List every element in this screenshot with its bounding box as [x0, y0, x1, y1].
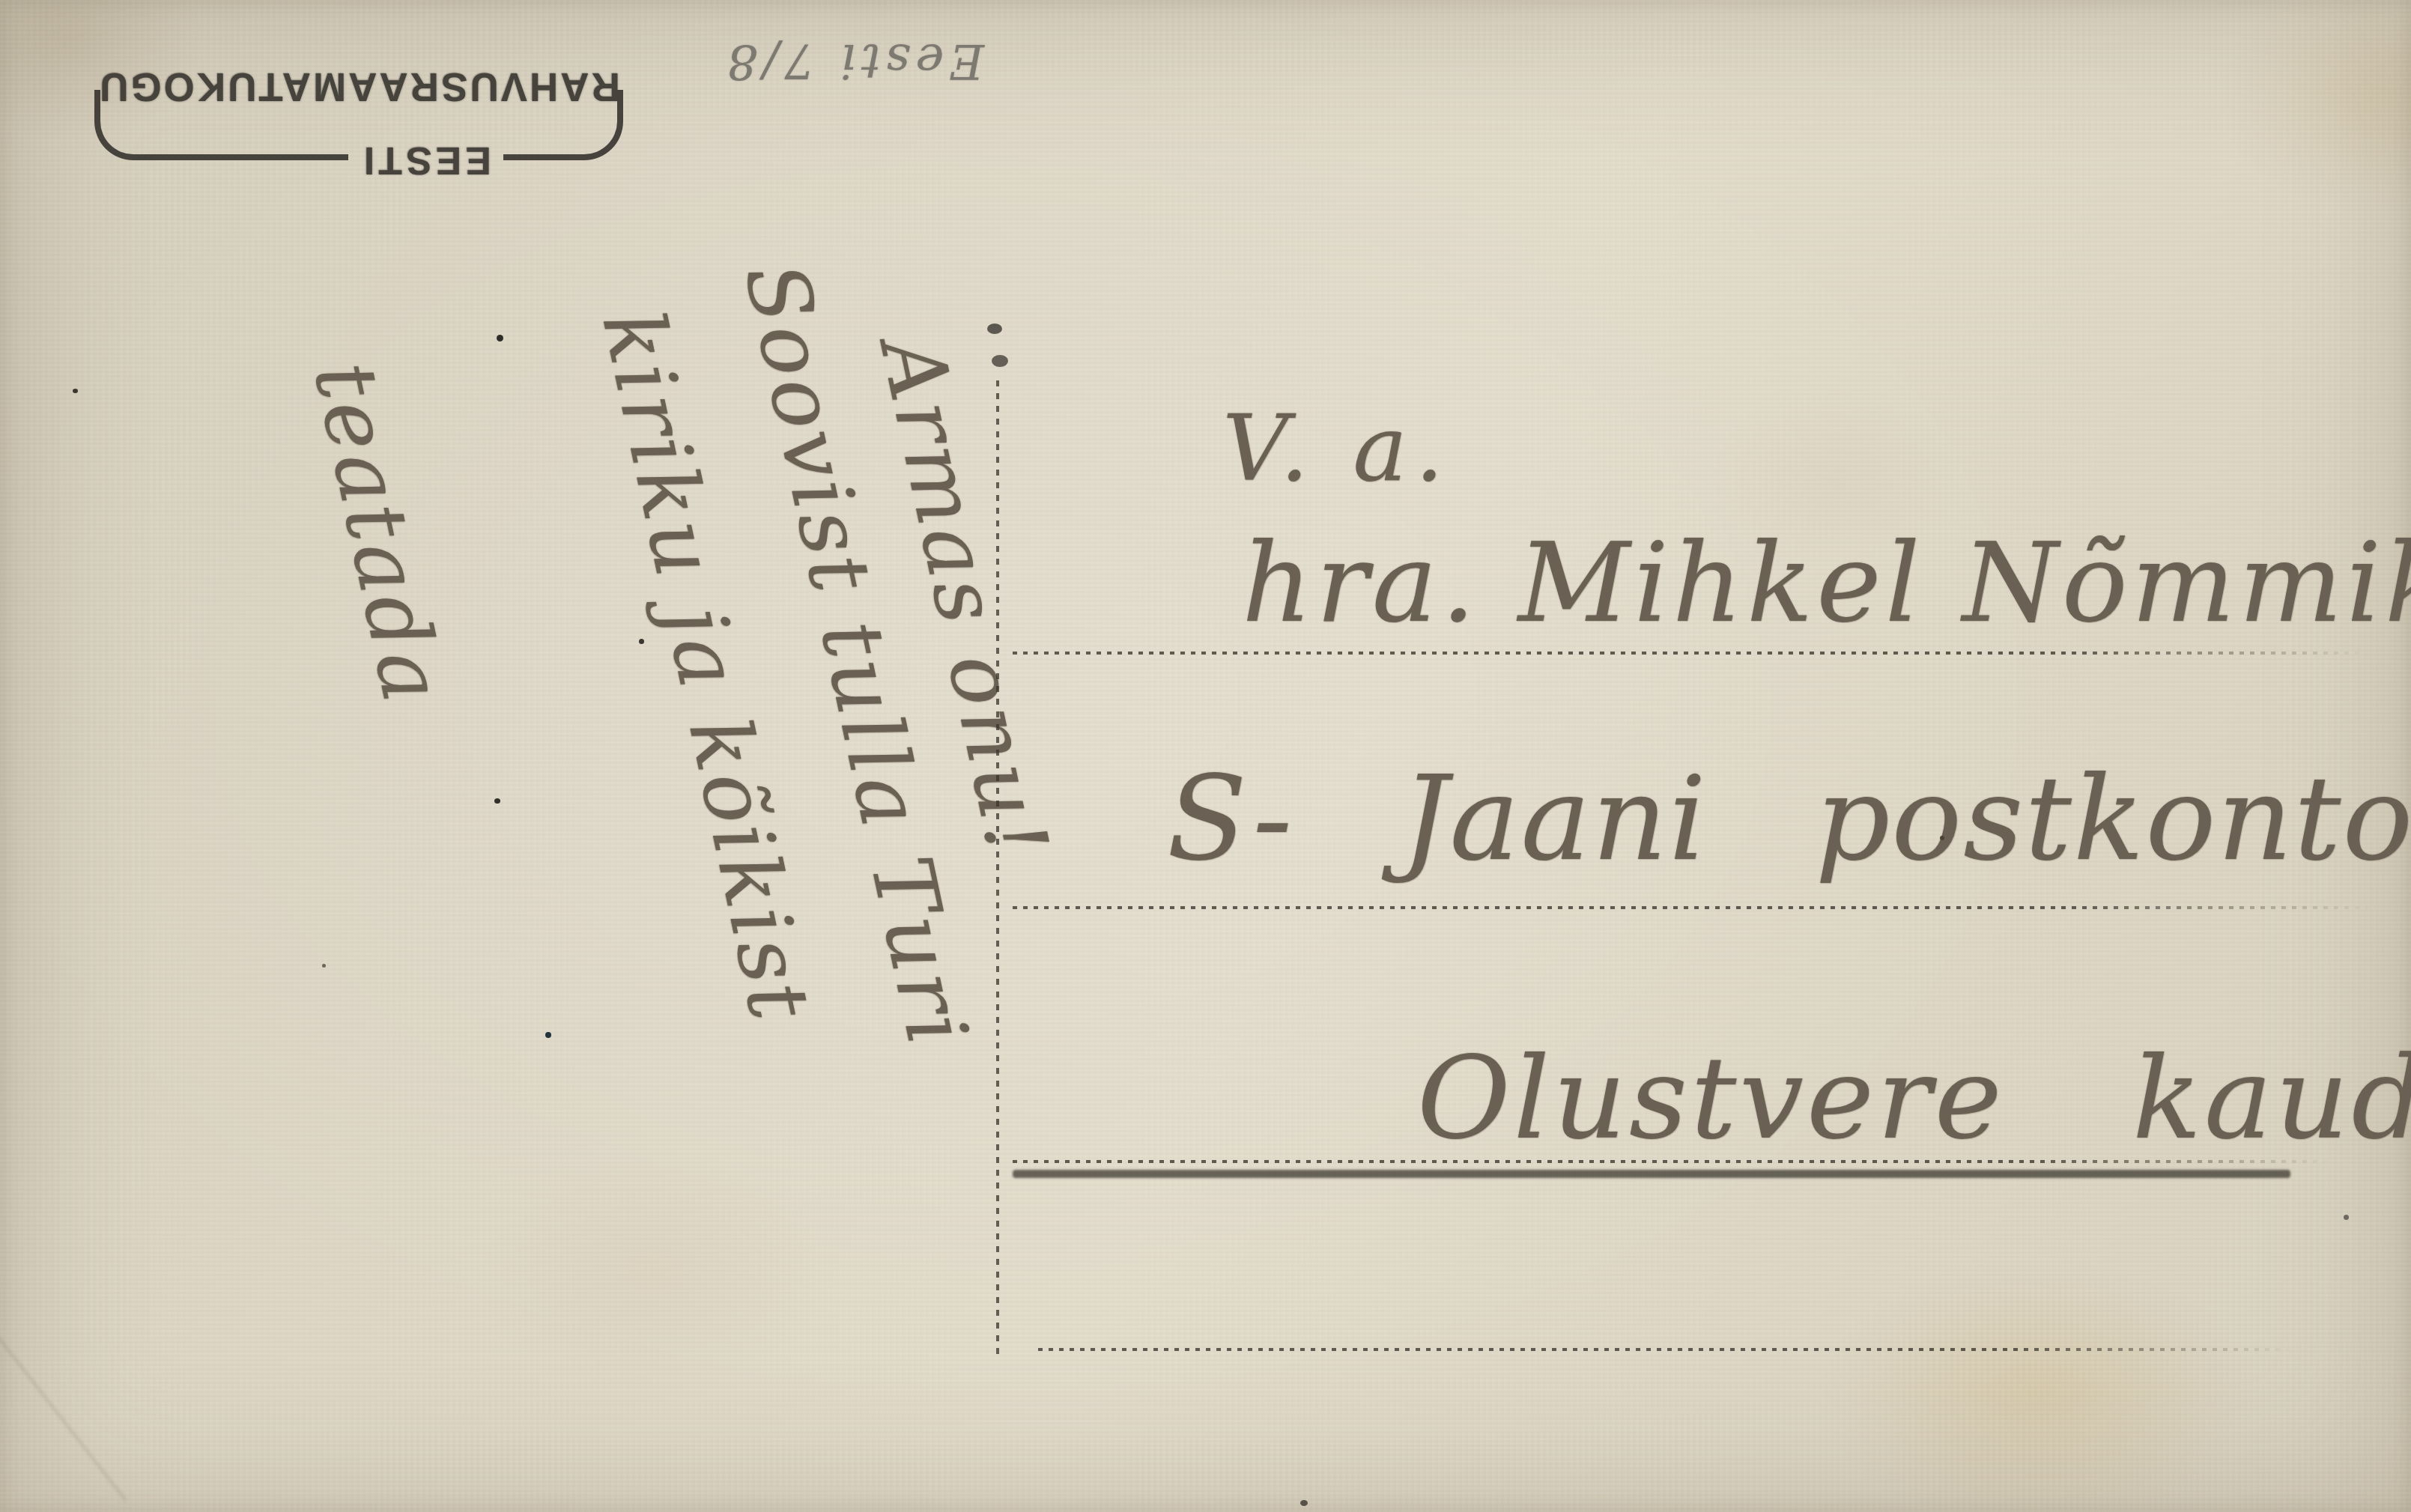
- stamp-institution-label: RAHVUSRAAMATUKOGU: [94, 64, 623, 109]
- address-post-office: S- Jaani postkontor: [1167, 750, 2411, 887]
- postcard-scan: EESTI RAHVUSRAAMATUKOGU Eesti 7/8 Armas …: [0, 0, 2411, 1512]
- pencil-note: Eesti 7/8: [658, 0, 984, 88]
- ink-dot: [987, 324, 1002, 334]
- paper-speck: [1940, 836, 1944, 840]
- paper-speck: [73, 389, 78, 393]
- paper-crease: [0, 1299, 127, 1502]
- address-via: Olustvere kaudu.: [1417, 1032, 2411, 1165]
- paper-speck: [494, 798, 500, 804]
- paper-speck: [1300, 1500, 1308, 1506]
- divider-line: [996, 380, 999, 1355]
- address-rule-2: [1013, 906, 2372, 909]
- message-block: Armas onu! Soovist tulla Turi kiriku ja …: [283, 228, 1112, 1150]
- address-salutation: V. a.: [1222, 395, 1452, 502]
- address-rule-3-smudge: [1013, 1170, 2290, 1178]
- stamp-country-label: EESTI: [348, 138, 503, 183]
- paper-speck: [2344, 1215, 2349, 1220]
- address-rule-3: [1013, 1160, 2332, 1163]
- address-rule-1: [1013, 652, 2370, 655]
- paper-speck: [497, 335, 503, 341]
- library-stamp: EESTI RAHVUSRAAMATUKOGU: [94, 4, 623, 160]
- address-rule-4: [1038, 1348, 2293, 1351]
- paper-speck: [545, 1032, 551, 1038]
- ink-dot: [992, 355, 1008, 367]
- paper-speck: [639, 639, 644, 644]
- paper-speck: [322, 964, 326, 968]
- address-recipient: hra. Mihkel Nõmmik.: [1242, 520, 2411, 647]
- message-line: teatada: [283, 344, 564, 1150]
